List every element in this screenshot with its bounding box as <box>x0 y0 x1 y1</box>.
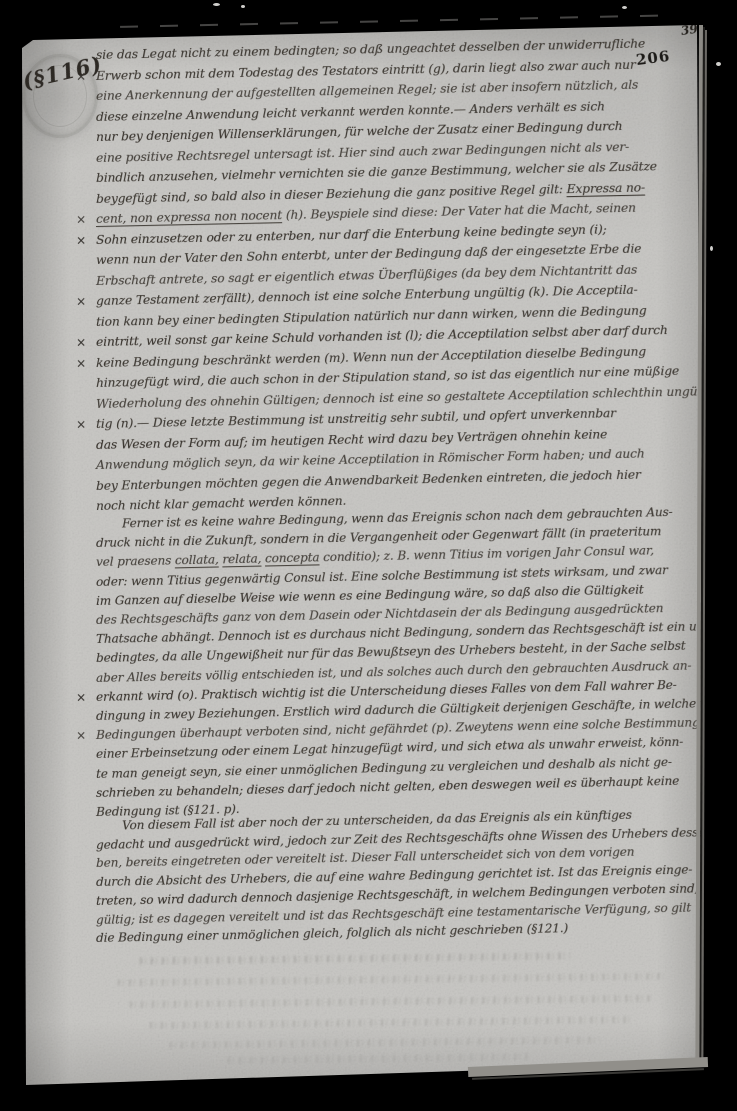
archive-photo-background: (§116) 39 206 sie das Legat nicht zu ein… <box>0 0 737 1111</box>
margin-x-mark: × <box>76 291 86 312</box>
margin-x-mark: × <box>76 688 86 707</box>
bleed-through-marks <box>170 1036 600 1048</box>
paragraph-3: Von diesem Fall ist aber noch der zu unt… <box>96 804 712 948</box>
manuscript-page: (§116) 39 206 sie das Legat nicht zu ein… <box>0 0 737 1111</box>
margin-x-mark: × <box>76 726 86 745</box>
paragraph-1: sie das Legat nicht zu einem bedingten; … <box>96 32 712 516</box>
dust-speck <box>241 5 245 8</box>
margin-x-mark: × <box>76 66 86 87</box>
bleed-through-marks <box>118 973 663 987</box>
margin-x-mark: × <box>76 230 86 251</box>
margin-x-mark: × <box>76 353 86 374</box>
paragraph-2: Ferner ist es keine wahre Bedingung, wen… <box>96 502 712 822</box>
bleed-through-marks <box>140 952 570 964</box>
margin-x-mark: × <box>76 414 86 435</box>
dust-speck <box>710 246 713 251</box>
bleed-through-marks <box>228 1053 528 1064</box>
bleed-through-marks <box>150 1016 630 1029</box>
bleed-through-marks <box>130 995 650 1008</box>
dust-speck <box>622 6 627 9</box>
sheet-top-edge-highlight <box>120 14 680 28</box>
margin-x-mark: × <box>76 332 86 353</box>
margin-x-mark: × <box>76 209 86 230</box>
dust-speck <box>716 62 721 66</box>
dust-speck <box>213 3 220 6</box>
